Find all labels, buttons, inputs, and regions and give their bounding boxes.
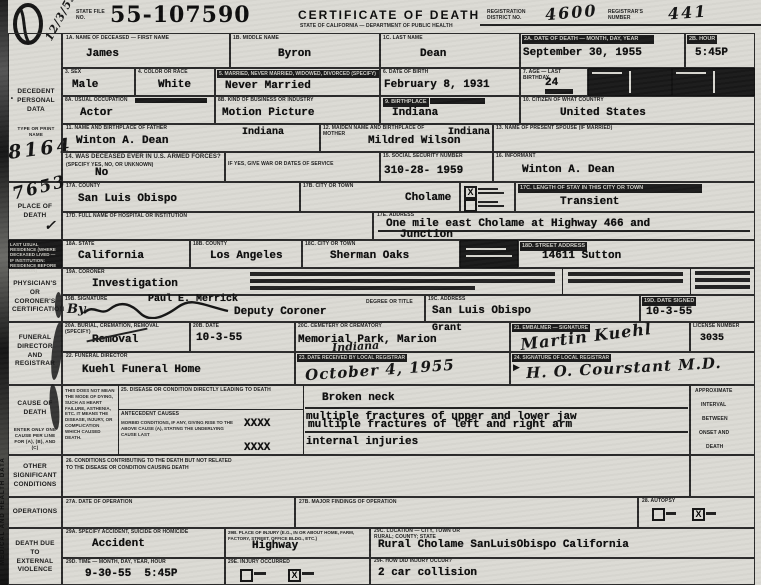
interval-word-approximate: APPROXIMATE [695,389,732,395]
sex-label: 3. SEX [65,70,81,76]
registration-district-label: REGISTRATION DISTRICT NO. [487,10,542,22]
license-number-label: LICENSE NUMBER [693,324,748,330]
father-name-value: Winton A. Dean [76,135,168,147]
last-name-label: 1c. LAST NAME [383,36,423,42]
injury-location-value: Rural Cholame SanLuisObispo California [378,539,629,551]
date-of-birth-label: 6. DATE OF BIRTH [383,70,428,76]
certify-text-bar [250,279,555,283]
interval-word-interval: INTERVAL [701,403,726,409]
race-label: 4. COLOR OR RACE [138,70,188,76]
checkbox-caption-bar [302,572,314,575]
while-at-work-checkbox [240,569,253,582]
injury-time-label: 29d. TIME — MONTH, DAY, YEAR, HOUR [66,560,216,566]
length-of-stay-value: Transient [560,196,619,208]
father-label: 11. NAME AND BIRTHPLACE OF FATHER [66,126,167,132]
residence-state-label: 18a. STATE [66,242,95,248]
father-birthplace-value: Indiana [242,127,284,138]
date-of-birth-value: February 8, 1931 [384,79,490,91]
city-limits-no-checkbox [464,199,477,212]
death-county-label: 17a. COUNTY [66,184,100,190]
autopsy-label: 28. AUTOPSY [642,499,675,505]
accident-type-label: 29a. SPECIFY ACCIDENT, SUICIDE OR HOMICI… [66,530,216,536]
checkbox-caption-bar [706,512,716,515]
first-name-label: 1a. NAME OF DECEASED — FIRST NAME [66,36,226,42]
certify-text-bar [695,271,750,275]
operation-findings-label: 27b. MAJOR FINDINGS OF OPERATION [299,500,397,506]
birthplace-value: Indiana [392,107,438,119]
degree-title-label: DEGREE OR TITLE [366,300,414,306]
date-of-death-label: 2a. DATE OF DEATH — MONTH, DAY, YEAR [522,35,654,44]
margin-cause-sub: ENTER ONLY ONE CAUSE PER LINE FOR (a), (… [13,427,57,451]
accident-type-value: Accident [92,538,145,550]
certificate-subtitle: STATE OF CALIFORNIA — DEPARTMENT OF PUBL… [300,24,490,30]
margin-physician-label: PHYSICIAN'S OR CORONER'S CERTIFICATION [12,280,58,315]
occupation-label: 8a. USUAL OCCUPATION [65,98,128,104]
mother-name-value: Mildred Wilson [368,135,460,147]
citizenship-value: United States [560,107,646,119]
certify-divider [562,268,563,295]
side-vertical-note: MEDICAL AND HEALTH DATA [0,330,6,565]
death-county-value: San Luis Obispo [78,193,177,205]
certify-text-bar [695,278,750,282]
first-name-value: James [86,48,119,60]
injury-occurred-label: 29e. INJURY OCCURRED [228,560,290,566]
checkbox-caption-bar [478,192,504,194]
certify-text-bar [568,272,683,276]
residence-county-value: Los Angeles [210,250,283,262]
coroner-title-value: Deputy Coroner [234,306,326,318]
injury-time-value: 9-30-55 5:45P [85,568,177,580]
registrar-number-label: REGISTRAR'S NUMBER [608,10,656,22]
registrar-arrow: ▶ [513,362,520,373]
margin-bullet: • [8,95,16,104]
due-to-x-mark-1: XXXX [244,418,270,430]
cause-underline-b [305,431,688,433]
middle-name-value: Byron [278,48,311,60]
state-file-number: 55-107590 [110,2,251,28]
interval-word-between: BETWEEN [702,417,728,423]
registrar-number-value: 441 [667,2,708,24]
autopsy-yes-checkbox [652,508,665,521]
date-of-death-value: September 30, 1955 [523,47,642,59]
hour-value: 5:45P [695,47,728,59]
armed-forces-sub-label: (SPECIFY YES, NO, OR UNKNOWN) [66,163,156,169]
ink-smear [55,292,62,318]
ssn-label: 15. SOCIAL SECURITY NUMBER [383,154,488,160]
due-to-x-mark-2: XXXX [244,442,270,454]
funeral-director-value: Kuehl Funeral Home [82,364,201,376]
license-number-value: 3035 [700,333,724,344]
coroner-address-label: 19c. ADDRESS [428,297,465,303]
industry-value: Motion Picture [222,107,314,119]
war-dates-label: IF YES, GIVE WAR OR DATES OF SERVICE [228,162,368,168]
dark-block-divider [713,71,715,93]
burial-date-label: 20b. DATE [193,324,219,330]
margin-decedent-label: DECEDENT PERSONAL DATA [14,88,58,114]
hospital-label: 17d. FULL NAME OF HOSPITAL OR INSTITUTIO… [66,214,187,220]
race-value: White [158,79,191,91]
place-of-injury-value: Highway [252,540,298,552]
funeral-director-label: 22. FUNERAL DIRECTOR [66,354,128,360]
marital-label: 5. MARRIED, NEVER MARRIED, WIDOWED, DIVO… [217,70,379,78]
autopsy-no-checkbox: X [692,508,705,521]
coroner-label: 19a. CORONER [66,270,105,276]
dark-block-tick [466,248,506,250]
birthplace-label-smudge [430,98,485,104]
ssn-value: 310-28- 1959 [384,165,463,177]
certify-text-bar [568,279,683,283]
cause-underline-a [305,407,688,409]
death-certificate-scan: MEDICAL AND HEALTH DATA 12/3/55 STATE FI… [0,0,761,585]
death-city-label: 17b. CITY OR TOWN [303,184,353,190]
margin-violence-label: DEATH DUE TO EXTERNAL VIOLENCE [14,540,56,575]
industry-label: 8b. KIND OF BUSINESS OR INDUSTRY [218,98,314,104]
sex-value: Male [72,79,98,91]
length-of-stay-label: 17c. LENGTH OF STAY IN THIS CITY OR TOWN [518,184,702,193]
antecedent-label: ANTECEDENT CAUSES [121,412,201,418]
last-name-value: Dean [420,48,446,60]
armed-forces-label: 14. WAS DECEASED EVER IN U.S. ARMED FORC… [65,154,365,161]
death-city-value: Cholame [405,192,451,204]
dark-block-tick [676,72,706,74]
residence-street-value: 14611 Sutton [542,250,621,262]
middle-name-label: 1b. MIDDLE NAME [233,36,279,42]
checkbox-caption-bar [254,572,266,575]
birthplace-label: 9. BIRTHPLACE [383,98,429,107]
checkbox-caption-bar [478,188,498,190]
dark-block-divider [629,71,631,93]
checkbox-caption-bar [478,201,498,203]
cause-antecedent-line2: multiple fractures of left and right arm [308,419,572,431]
informant-value: Winton A. Dean [522,164,614,176]
age-value: 24 [545,77,558,89]
cause-antecedent-line3: internal injuries [306,436,418,448]
cause-note-text: THIS DOES NOT MEAN THE MODE OF DYING, SU… [65,388,115,441]
registration-district-value: 4600 [544,1,598,25]
margin-residence-band-text: LAST USUAL RESIDENCE (WHERE DECEASED LIV… [10,242,60,273]
margin-operations-label: OPERATIONS [11,508,59,517]
burial-date-value: 10-3-55 [196,332,242,344]
certificate-title: CERTIFICATE OF DEATH [298,8,480,22]
cause-divider-v2 [303,385,304,455]
checkbox-caption-bar [478,205,504,207]
interval-word-death: DEATH [706,445,723,451]
checkbox-caption-bar [666,512,676,515]
certify-divider [690,268,691,295]
cause-divider-h [118,409,303,410]
city-limits-yes-checkbox: X [464,186,477,199]
certify-text-bar [250,286,475,290]
dark-block-tick [592,72,622,74]
occupation-value: Actor [80,107,113,119]
informant-label: 16. INFORMANT [496,154,536,160]
residence-city-label: 18c. CITY OR TOWN [305,242,355,248]
certify-text-bar [250,272,555,276]
age-smudge [545,89,573,94]
occupation-label-smudge [135,98,207,103]
citizenship-label: 10. CITIZEN OF WHAT COUNTRY [523,98,604,104]
interval-word-onset: ONSET AND [699,431,729,437]
header-rule [480,24,761,26]
coroner-value: Investigation [92,278,178,290]
residence-city-value: Sherman Oaks [330,250,409,262]
armed-forces-value: No [95,167,108,179]
state-file-label: STATE FILE NO. [76,10,108,22]
hour-label: 2b. HOUR [687,35,717,44]
cemetery-value-line1: Grant [432,323,462,334]
not-while-at-work-checkbox: X [288,569,301,582]
margin-other-conditions-label: OTHER SIGNIFICANT CONDITIONS [12,463,58,489]
coroner-signature-scribble [82,301,232,319]
spouse-label: 13. NAME OF PRESENT SPOUSE (IF MARRIED) [496,126,612,132]
cemetery-label: 20c. CEMETERY OR CREMATORY [298,324,428,330]
margin-check-mark: ✓ [44,218,56,234]
other-conditions-label: 26. CONDITIONS CONTRIBUTING TO THE DEATH… [66,458,236,471]
how-injury-occurred-label: 29f. HOW DID INJURY OCCUR? [374,559,452,565]
cell-other-conditions-right [690,455,755,497]
antecedent-sub-label: MORBID CONDITIONS, IF ANY, GIVING RISE T… [121,420,233,438]
operation-date-label: 27a. DATE OF OPERATION [66,500,132,506]
residence-state-value: California [78,250,144,262]
cause-direct-label: 25. DISEASE OR CONDITION DIRECTLY LEADIN… [121,388,296,394]
residence-limits-block [460,240,518,268]
date-signed-label: 19d. DATE SIGNED [642,297,696,306]
certify-text-bar [695,285,750,289]
residence-county-label: 18b. COUNTY [193,242,227,248]
cause-direct-value: Broken neck [322,392,395,404]
cause-divider-v1 [118,385,119,455]
coroner-address-value: San Luis Obispo [432,305,531,317]
mother-birthplace-value: Indiana [448,127,490,138]
date-signed-value: 10-3-55 [646,306,692,318]
dark-block-tick [466,255,512,257]
marital-value: Never Married [225,80,311,92]
margin-funeral-label: FUNERAL DIRECTOR AND REGISTRAR [14,334,56,369]
how-injury-occurred-value: 2 car collision [378,567,477,579]
